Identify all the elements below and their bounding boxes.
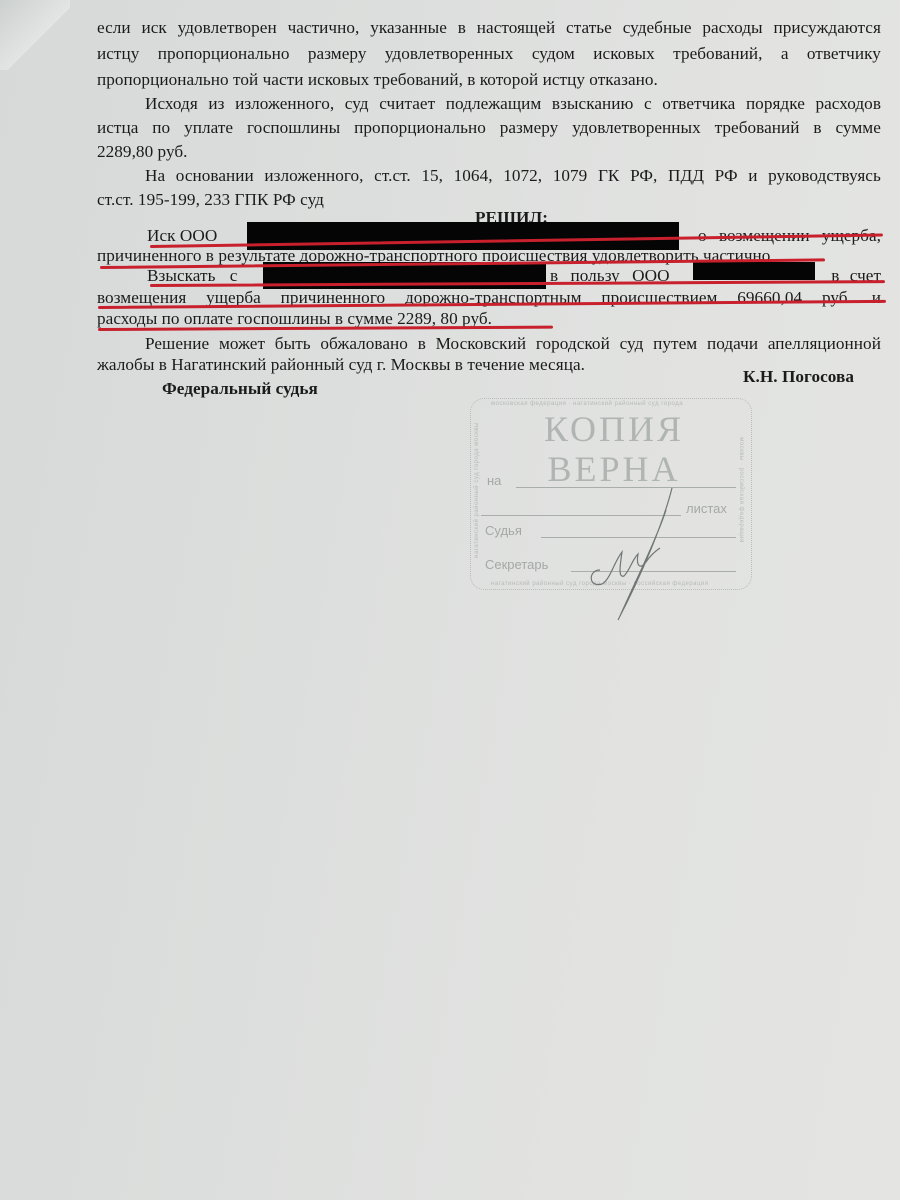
word: руководствуясь <box>768 165 881 186</box>
word: суд <box>620 333 644 354</box>
word: иск <box>142 17 167 38</box>
text-line: 2289,80 руб. <box>97 141 881 162</box>
word: истцу <box>97 43 139 64</box>
text-line: пропорционально той части исковых требов… <box>97 69 881 90</box>
word: удовлетворенных <box>385 43 514 64</box>
word: удовлетворен <box>178 17 277 38</box>
word: ст.ст. <box>374 165 411 186</box>
word: указанные <box>370 17 447 38</box>
text-line: Исходяизизложенного,судсчитаетподлежащим… <box>97 93 881 114</box>
word: расходов <box>815 93 881 114</box>
word: ответчику <box>807 43 881 64</box>
word: статье <box>566 17 612 38</box>
word: в <box>418 333 426 354</box>
page-corner-fold <box>0 0 70 70</box>
word: исковых <box>593 43 655 64</box>
word: суд <box>345 93 369 114</box>
text-line: истцапоуплатегоспошлиныпропорциональнора… <box>97 117 881 138</box>
word: подачи <box>707 333 758 354</box>
word: Решение <box>145 333 209 354</box>
word: изложенного, <box>264 165 363 186</box>
word: изложенного, <box>235 93 334 114</box>
word: основании <box>176 165 254 186</box>
word: требований <box>715 117 800 138</box>
secretary-signature <box>580 470 690 630</box>
word: размеру <box>308 43 367 64</box>
word: и <box>872 287 881 308</box>
appeal-text-line: РешениеможетбытьобжаловановМосковскийгор… <box>97 333 881 354</box>
word: 1064, <box>454 165 493 186</box>
word: подлежащим <box>446 93 542 114</box>
word: 69660,04 <box>737 287 802 308</box>
word: пропорционально <box>158 43 290 64</box>
word: и <box>748 165 757 186</box>
stamp-field-sheets: листах <box>686 501 727 516</box>
word: из <box>208 93 224 114</box>
word: Исходя <box>145 93 198 114</box>
word: руб. <box>822 287 852 308</box>
stamp-field-secretary: Секретарь <box>485 557 548 572</box>
word: частично, <box>288 17 360 38</box>
word: истца <box>97 117 138 138</box>
word: а <box>781 43 789 64</box>
stamp-field-judge: Судья <box>485 523 522 538</box>
word: с <box>644 93 652 114</box>
word: ответчика <box>662 93 735 114</box>
word: обжаловано <box>320 333 408 354</box>
document-page: еслиискудовлетворенчастично,указанныевна… <box>0 0 900 1200</box>
stamp-border-text-left: нагатинский районный суд города москвы <box>474 422 480 558</box>
word: требований, <box>673 43 762 64</box>
text-line: еслиискудовлетворенчастично,указанныевна… <box>97 17 881 38</box>
word: в <box>813 117 821 138</box>
word: порядке <box>746 93 805 114</box>
judge-name: К.Н. Погосова <box>743 366 854 387</box>
word: настоящей <box>477 17 555 38</box>
word: РФ <box>715 165 738 186</box>
word: считает <box>379 93 435 114</box>
word: РФ, <box>630 165 657 186</box>
word: госпошлины <box>247 117 340 138</box>
word: быть <box>275 333 311 354</box>
word: расходы <box>702 17 762 38</box>
word: сумме <box>835 117 880 138</box>
word: 15, <box>421 165 443 186</box>
word: Московский <box>436 333 526 354</box>
redaction-block <box>693 262 815 280</box>
word: по <box>152 117 170 138</box>
word: 1079 <box>553 165 588 186</box>
word: в <box>458 17 466 38</box>
word: уплате <box>184 117 233 138</box>
judge-title: Федеральный судья <box>162 378 318 399</box>
word: На <box>145 165 165 186</box>
word: ГК <box>598 165 620 186</box>
decision-claim-start: Иск ООО <box>147 225 217 246</box>
word: размеру <box>500 117 559 138</box>
word: путем <box>653 333 697 354</box>
word: городской <box>536 333 610 354</box>
word: апелляционной <box>768 333 881 354</box>
word: пропорционально <box>354 117 486 138</box>
stamp-field-on: на <box>487 473 501 488</box>
word: судебные <box>623 17 692 38</box>
word: может <box>219 333 265 354</box>
text-line: Наоснованииизложенного,ст.ст.15,1064,107… <box>97 165 881 186</box>
text-line: истцупропорциональноразмеруудовлетворенн… <box>97 43 881 64</box>
word: ПДД <box>668 165 704 186</box>
word: взысканию <box>552 93 634 114</box>
word: 1072, <box>503 165 542 186</box>
word: если <box>97 17 131 38</box>
word: судом <box>532 43 575 64</box>
word: удовлетворенных <box>572 117 701 138</box>
stamp-border-text-top: московская федерация · нагатинский район… <box>491 401 683 407</box>
word: присуждаются <box>773 17 880 38</box>
